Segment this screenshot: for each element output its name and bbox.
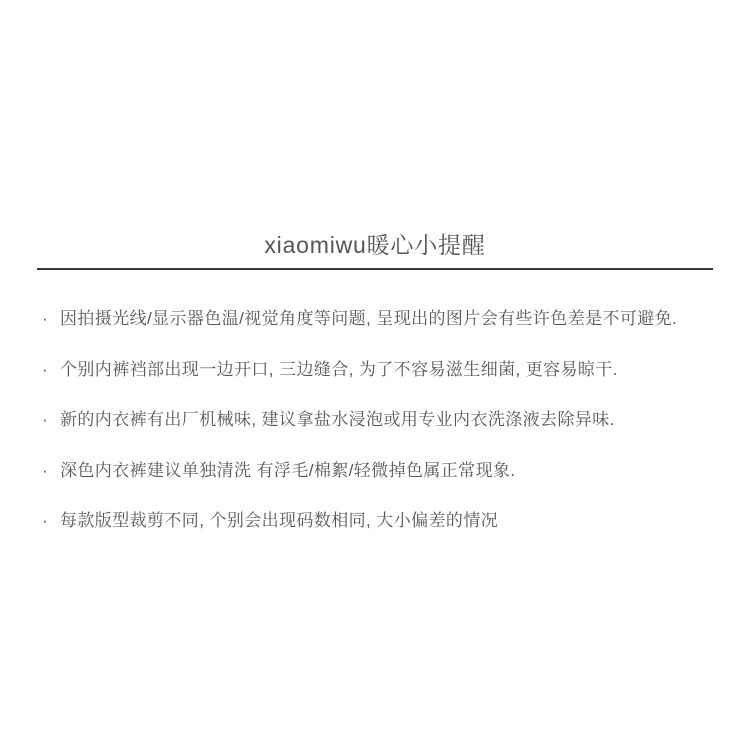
notice-text: 因拍摄光线/显示器色温/视觉角度等问题, 呈现出的图片会有些许色差是不可避免. — [60, 307, 677, 331]
notice-text: 新的内衣裤有出厂机械味, 建议拿盐水浸泡或用专业内衣洗涤液去除异味. — [60, 408, 615, 432]
notice-item: · 深色内衣裤建议单独清洗 有浮毛/棉絮/轻微掉色属正常现象. — [41, 446, 722, 497]
notice-text: 个别内裤裆部出现一边开口, 三边缝合, 为了不容易滋生细菌, 更容易晾干. — [60, 358, 618, 382]
notice-text: 每款版型裁剪不同, 个别会出现码数相同, 大小偏差的情况 — [60, 509, 498, 533]
notice-page: xiaomiwu暖心小提醒 · 因拍摄光线/显示器色温/视觉角度等问题, 呈现出… — [0, 0, 750, 750]
page-title: xiaomiwu暖心小提醒 — [0, 231, 750, 259]
bullet-dot-icon: · — [41, 358, 49, 382]
bullet-dot-icon: · — [41, 307, 49, 331]
notice-list: · 因拍摄光线/显示器色温/视觉角度等问题, 呈现出的图片会有些许色差是不可避免… — [41, 294, 722, 547]
notice-item: · 每款版型裁剪不同, 个别会出现码数相同, 大小偏差的情况 — [41, 496, 722, 547]
title-divider-line — [37, 268, 713, 270]
bullet-dot-icon: · — [41, 509, 49, 533]
notice-item: · 因拍摄光线/显示器色温/视觉角度等问题, 呈现出的图片会有些许色差是不可避免… — [41, 294, 722, 345]
notice-item: · 个别内裤裆部出现一边开口, 三边缝合, 为了不容易滋生细菌, 更容易晾干. — [41, 345, 722, 396]
notice-item: · 新的内衣裤有出厂机械味, 建议拿盐水浸泡或用专业内衣洗涤液去除异味. — [41, 395, 722, 446]
bullet-dot-icon: · — [41, 408, 49, 432]
notice-text: 深色内衣裤建议单独清洗 有浮毛/棉絮/轻微掉色属正常现象. — [60, 459, 516, 483]
bullet-dot-icon: · — [41, 459, 49, 483]
